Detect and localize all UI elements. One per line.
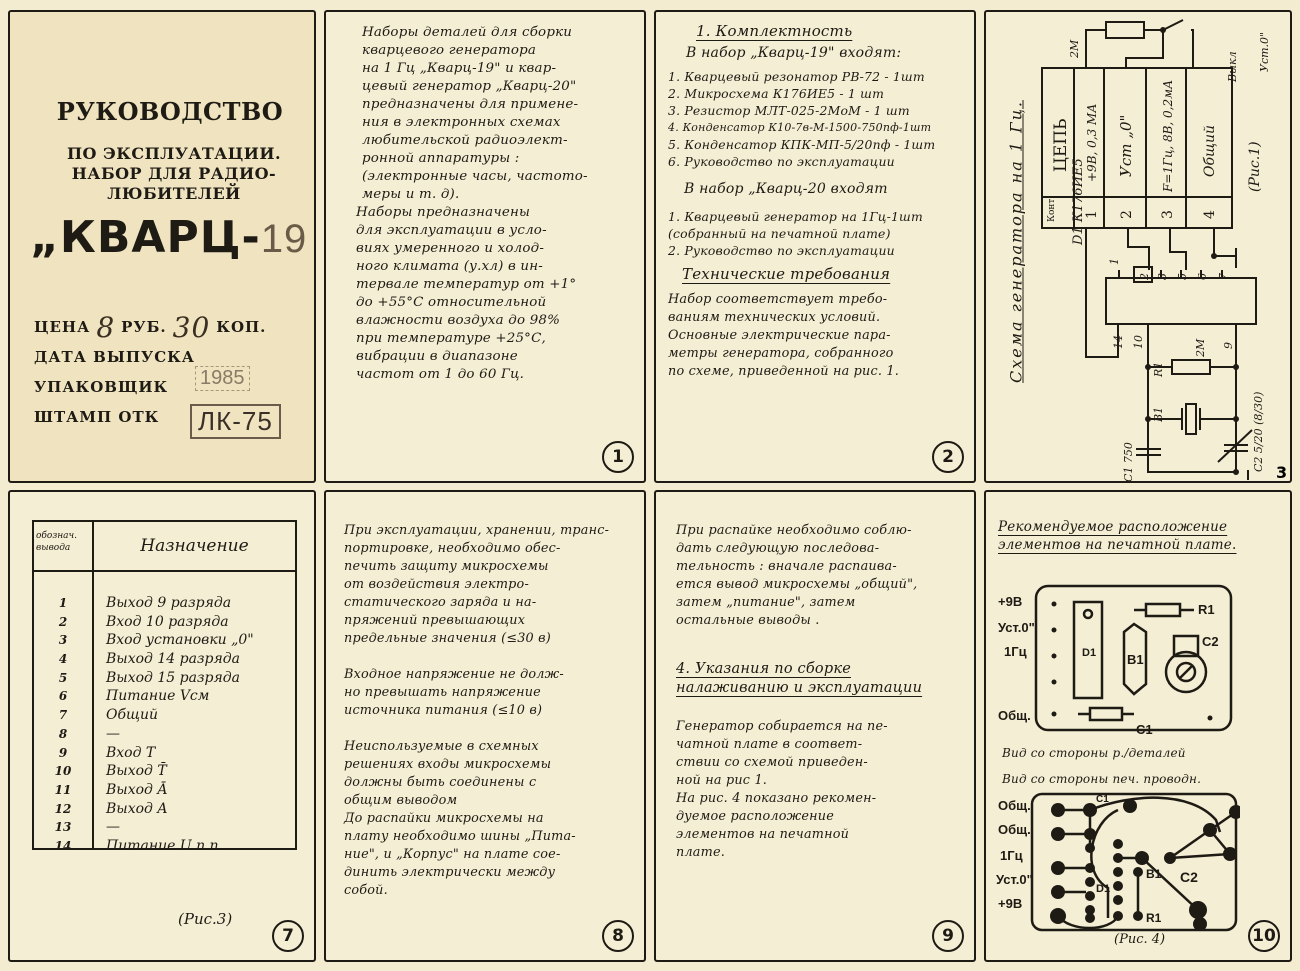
pin-purpose: Выход 15 разряда: [106, 669, 295, 688]
pcb-label: 1Гц: [1004, 644, 1027, 659]
page-3-panel: Схема генератора на 1 Гц.: [984, 10, 1292, 483]
price-rub-value: 8: [96, 311, 115, 344]
table-body: 1 2 3 4 5 6 7 8 9 10 11 12 13 14 Выход 9…: [34, 572, 295, 848]
c1-label: С1 750: [1122, 442, 1135, 482]
pin-num: 10: [34, 762, 92, 781]
page9-text: При распайке необходимо соблю- дать след…: [676, 522, 966, 862]
switch-label: Выкл: [1226, 51, 1239, 83]
pin-num: 6: [34, 687, 92, 706]
page-number: 8: [602, 920, 634, 952]
kit19-list: 1. Кварцевый резонатор РВ-72 - 1шт 2. Ми…: [668, 68, 966, 170]
pcb-label: +9В: [998, 594, 1022, 609]
page1-text: Наборы деталей для сборки кварцевого ген…: [356, 24, 631, 384]
price-field: ЦЕНА 8 РУБ. 30 КОП.: [34, 312, 266, 342]
page1-paragraph: Наборы предназначены для эксплуатации в …: [356, 204, 631, 384]
kit-item: 1. Кварцевый резонатор РВ-72 - 1шт: [668, 68, 966, 85]
page9-paragraph: Генератор собирается на пе- чатной плате…: [676, 718, 966, 862]
page-number: 3: [1276, 463, 1287, 482]
contact-num: 1: [1084, 210, 1100, 219]
pin-label: 3: [1156, 273, 1169, 280]
cover-subtitle: по эксплуатации. Набор для радио- любите…: [34, 144, 314, 204]
page-1-panel: Наборы деталей для сборки кварцевого ген…: [324, 10, 646, 483]
price-kop-value: 30: [173, 311, 211, 344]
pcb-label: 1Гц: [1000, 848, 1023, 863]
b1-label: В1: [1152, 407, 1165, 423]
figure-label: (Рис.3): [178, 910, 232, 928]
page-number: 10: [1248, 920, 1280, 952]
pin-label: 14: [1112, 335, 1125, 349]
tech-requirements-text: Набор соответствует требо- ваниям технич…: [668, 291, 966, 381]
tech-requirements-title: Технические требования: [682, 265, 966, 283]
page2-text: 1. Комплектность В набор „Кварц-19" вход…: [668, 22, 966, 381]
pin-purpose: Питание Vсм: [106, 687, 295, 706]
cover-subtitle-line: любителей: [34, 184, 314, 204]
pcb-trace-side: С1 D1 В1 R1 С2: [1030, 792, 1240, 934]
pin-label: 6: [1196, 273, 1209, 280]
kit-item: 3. Резистор МЛТ-025-2МоМ - 1 шт: [668, 102, 966, 119]
pin-purpose: Питание U п.п.: [106, 837, 295, 856]
pin-num: 2: [34, 613, 92, 632]
page1-paragraph: Наборы деталей для сборки кварцевого ген…: [356, 24, 631, 204]
pin-num: 14: [34, 837, 92, 856]
contact-num: 2: [1119, 210, 1135, 219]
c2-label: С2 5/20 (8/30): [1252, 392, 1265, 472]
table-header-circuit: ЦЕПЬ: [1051, 118, 1071, 172]
pin-label: 9: [1222, 342, 1235, 349]
r1-label: R1: [1152, 362, 1165, 378]
r-top-value: 2М: [1068, 39, 1081, 59]
ic-label: D1 К176ИЕ5: [1071, 158, 1086, 246]
d1-label: D1: [1096, 883, 1110, 895]
pcb-label: Общ.: [998, 798, 1031, 813]
page-9-panel: При распайке необходимо соблю- дать след…: [654, 490, 976, 962]
pin-num: 1: [34, 594, 92, 613]
circuit-value: Уст „0": [1117, 115, 1135, 177]
pin-label: 5: [1176, 273, 1189, 280]
pin-purpose-column: Выход 9 разряда Вход 10 разряда Вход уст…: [94, 572, 295, 848]
pcb-title-text: Рекомендуемое расположение элементов на …: [998, 518, 1288, 554]
cover-title: РУКОВОДСТВО: [50, 97, 290, 126]
manual-sheet: РУКОВОДСТВО по эксплуатации. Набор для р…: [0, 0, 1300, 971]
pin-num: 8: [34, 725, 92, 744]
kit-item: 6. Руководство по эксплуатации: [668, 153, 966, 170]
pin-num: 3: [34, 631, 92, 650]
page-7-panel: обознач. вывода Назначение 1 2 3 4 5 6 7…: [8, 490, 316, 962]
pin-label: 2: [1138, 273, 1151, 281]
pin-label: 1: [1108, 258, 1121, 265]
kit20-intro: В набор „Кварц-20 входят: [684, 180, 966, 198]
pin-label: 10: [1132, 335, 1145, 349]
page-10-panel: Рекомендуемое расположение элементов на …: [984, 490, 1292, 962]
page9-paragraph: При распайке необходимо соблю- дать след…: [676, 522, 966, 630]
pin-purpose: Вход T: [106, 744, 295, 763]
page-number: 9: [932, 920, 964, 952]
circuit-value: +9В, 0,3 МА: [1085, 104, 1099, 182]
pcb-label: Уст.0": [998, 620, 1035, 635]
kit19-intro: В набор „Кварц-19" входят:: [686, 44, 966, 62]
generator-schematic: D1 К176ИЕ5 1 2 3 5 6 7 14 10 9 R1 2М В1 …: [986, 12, 1292, 483]
page8-paragraph: При эксплуатации, хранении, транс- порти…: [344, 522, 639, 648]
reset-label: Уст.0": [1258, 32, 1271, 72]
section-title: 4. Указания по сборке налаживанию и эксп…: [676, 660, 966, 698]
figure-label: (Рис.1): [1247, 141, 1263, 192]
cover-panel: РУКОВОДСТВО по эксплуатации. Набор для р…: [8, 10, 316, 483]
pin-num: 11: [34, 781, 92, 800]
component-side-caption: Вид со стороны р./деталей: [1002, 744, 1186, 762]
cover-brand: „КВАРЦ-19: [30, 212, 307, 263]
pin-assignment-table: обознач. вывода Назначение 1 2 3 4 5 6 7…: [32, 520, 297, 850]
c1-label: С1: [1136, 722, 1153, 734]
stamp-year: 1985: [195, 366, 250, 391]
table-header: обознач. вывода Назначение: [34, 522, 295, 572]
table-header-contact: Конт.: [1047, 196, 1057, 222]
cover-subtitle-line: по эксплуатации.: [34, 144, 314, 164]
pcb-title: Рекомендуемое расположение элементов на …: [998, 518, 1288, 554]
b1-label: В1: [1127, 652, 1144, 667]
contact-num: 3: [1160, 210, 1176, 219]
page-number: 2: [932, 441, 964, 473]
pcb-label: Уст.0": [996, 872, 1033, 887]
header-pin: обознач. вывода: [34, 522, 94, 570]
pcb-label: Общ.: [998, 822, 1031, 837]
pin-label: 7: [1217, 273, 1230, 280]
page-number: 1: [602, 441, 634, 473]
pin-num: 5: [34, 669, 92, 688]
kit20-list: 1. Кварцевый генератор на 1Гц-1шт (собра…: [668, 208, 966, 259]
contact-num: 4: [1202, 210, 1218, 219]
page8-paragraph: Входное напряжение не долж- но превышать…: [344, 666, 639, 720]
pcb-component-side: D1 В1 R1 С1 С2: [1034, 584, 1234, 734]
pin-num: 9: [34, 744, 92, 763]
pin-purpose: Выход T̄: [106, 762, 295, 781]
pin-num: 4: [34, 650, 92, 669]
pin-purpose: Выход 14 разряда: [106, 650, 295, 669]
pin-purpose: Выход Ā: [106, 781, 295, 800]
cover-subtitle-line: Набор для радио-: [34, 164, 314, 184]
b1-label: В1: [1146, 867, 1162, 881]
r1-value: 2М: [1194, 338, 1207, 358]
page-2-panel: 1. Комплектность В набор „Кварц-19" вход…: [654, 10, 976, 483]
circuit-value: Общий: [1202, 125, 1218, 177]
trace-side-caption: Вид со стороны печ. проводн.: [1002, 770, 1201, 788]
pin-purpose: Вход 10 разряда: [106, 613, 295, 632]
circuit-value: F=1Гц, 8В, 0,2мА: [1161, 80, 1175, 193]
pin-purpose: Выход A: [106, 800, 295, 819]
rub-label: РУБ.: [121, 318, 167, 336]
page-8-panel: При эксплуатации, хранении, транс- порти…: [324, 490, 646, 962]
pin-num: 12: [34, 800, 92, 819]
pin-purpose: Общий: [106, 706, 295, 725]
r1-label: R1: [1198, 602, 1215, 617]
brand-model: 19: [261, 217, 308, 261]
figure-label: (Рис. 4): [1114, 932, 1165, 947]
section-title: 1. Комплектность: [696, 22, 966, 40]
pcb-label: +9В: [998, 896, 1022, 911]
kit-item: 5. Конденсатор КПК-МП-5/20пф - 1шт: [668, 136, 966, 153]
pin-num-column: 1 2 3 4 5 6 7 8 9 10 11 12 13 14: [34, 572, 94, 848]
pin-num: 7: [34, 706, 92, 725]
page8-paragraph: Неиспользуемые в схемных решениях входы …: [344, 738, 639, 900]
d1-label: D1: [1082, 647, 1096, 659]
c1-label: С1: [1096, 794, 1109, 805]
pcb-label: Общ.: [998, 708, 1031, 723]
r1-label: R1: [1146, 911, 1162, 925]
pin-purpose: —: [106, 818, 295, 837]
kit-item: 4. Конденсатор К10-7в-М-1500-750пф-1шт: [668, 119, 966, 136]
brand-name: „КВАРЦ-: [30, 212, 261, 263]
kit-item: 2. Микросхема К176ИЕ5 - 1 шт: [668, 85, 966, 102]
kit-item: 1. Кварцевый генератор на 1Гц-1шт (собра…: [668, 208, 966, 242]
pin-purpose: Выход 9 разряда: [106, 594, 295, 613]
c2-label: С2: [1202, 634, 1219, 649]
pin-num: 13: [34, 818, 92, 837]
page8-text: При эксплуатации, хранении, транс- порти…: [344, 522, 639, 900]
header-purpose: Назначение: [94, 522, 295, 570]
kop-label: КОП.: [216, 318, 266, 336]
otk-stamp: ЛК-75: [190, 404, 281, 439]
pin-purpose: Вход установки „0": [106, 631, 295, 650]
price-label: ЦЕНА: [34, 318, 90, 336]
kit-item: 2. Руководство по эксплуатации: [668, 242, 966, 259]
page-number: 7: [272, 920, 304, 952]
c2-label: С2: [1180, 869, 1198, 885]
pin-purpose: —: [106, 725, 295, 744]
